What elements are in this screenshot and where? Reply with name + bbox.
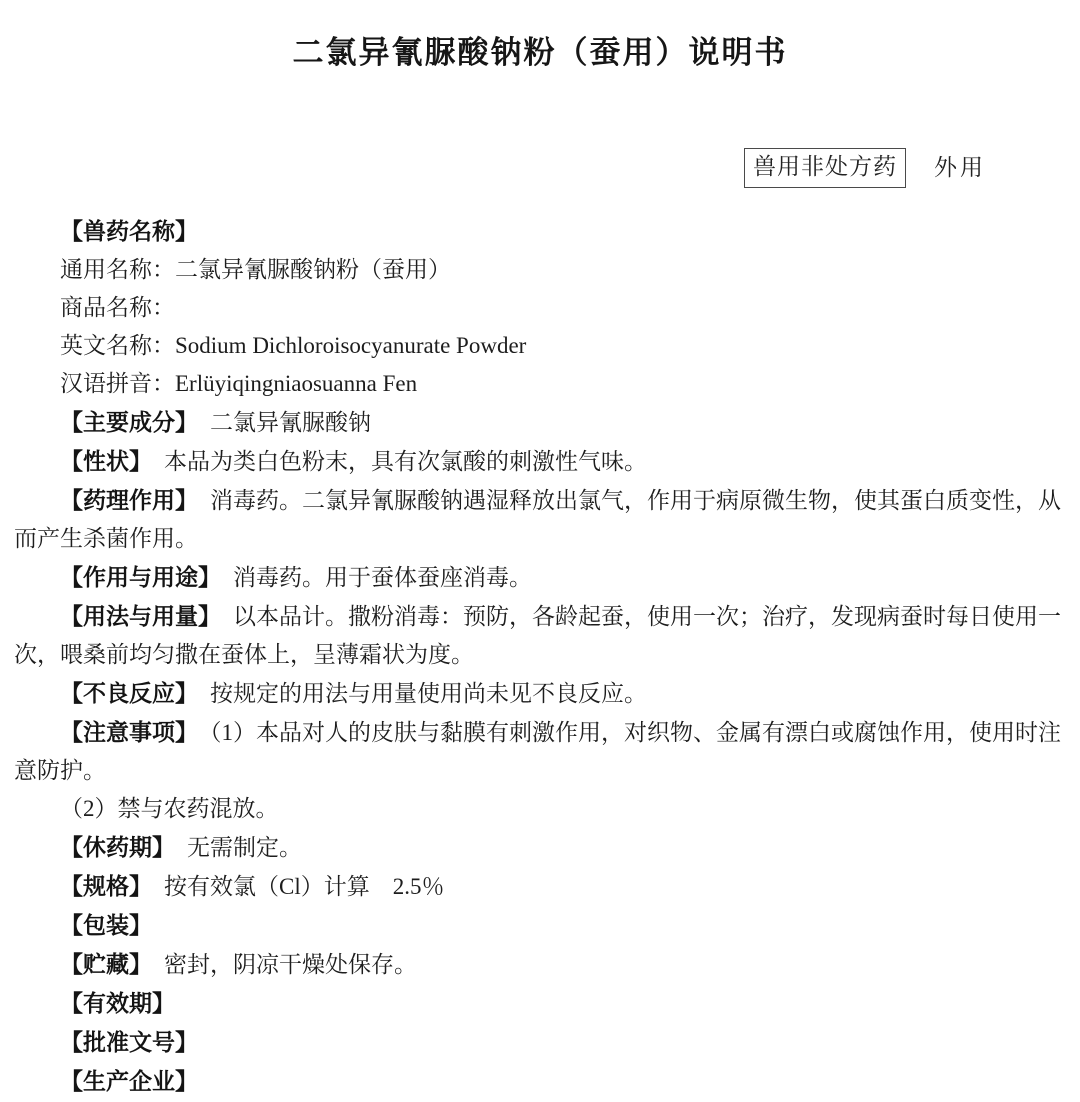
section-text: 无需制定。 bbox=[187, 835, 302, 860]
section-text: 消毒药。用于蚕体蚕座消毒。 bbox=[233, 565, 532, 590]
section-text: 通用名称：二氯异氰脲酸钠粉（蚕用） bbox=[60, 257, 451, 282]
section-text: （2）禁与农药混放。 bbox=[60, 796, 279, 821]
section-heading: 【包装】 bbox=[60, 912, 152, 938]
section-paragraph: 【药理作用】消毒药。二氯异氰脲酸钠遇湿释放出氯气，作用于病原微生物，使其蛋白质变… bbox=[14, 481, 1066, 558]
section-heading: 【用法与用量】 bbox=[60, 603, 221, 629]
section-heading: 【生产企业】 bbox=[60, 1068, 198, 1094]
section-paragraph: 【性状】本品为类白色粉末，具有次氯酸的刺激性气味。 bbox=[14, 442, 1066, 481]
section-paragraph: 【生产企业】 bbox=[14, 1062, 1066, 1101]
section-heading: 【药理作用】 bbox=[60, 487, 198, 513]
section-heading: 【性状】 bbox=[60, 448, 152, 474]
section-text: 商品名称： bbox=[60, 295, 175, 320]
section-paragraph: 英文名称：Sodium Dichloroisocyanurate Powder bbox=[14, 327, 1066, 365]
section-heading: 【不良反应】 bbox=[60, 680, 198, 706]
section-text: 汉语拼音：Erlüyiqingniaosuanna Fen bbox=[60, 371, 417, 396]
section-paragraph: 【有效期】 bbox=[14, 984, 1066, 1023]
section-text: 本品为类白色粉末，具有次氯酸的刺激性气味。 bbox=[164, 449, 647, 474]
section-text: 二氯异氰脲酸钠 bbox=[210, 410, 371, 435]
section-text: 按有效氯（Cl）计算 2.5％ bbox=[164, 874, 444, 899]
usage-route-label: 外用 bbox=[934, 153, 986, 183]
section-heading: 【作用与用途】 bbox=[60, 564, 221, 590]
section-heading: 【注意事项】 bbox=[60, 719, 198, 745]
section-paragraph: 【包装】 bbox=[14, 906, 1066, 945]
section-heading: 【贮藏】 bbox=[60, 951, 152, 977]
document-body: 【兽药名称】 通用名称：二氯异氰脲酸钠粉（蚕用） 商品名称： 英文名称：Sodi… bbox=[0, 212, 1080, 1101]
section-text: 英文名称：Sodium Dichloroisocyanurate Powder bbox=[60, 333, 526, 358]
section-heading: 【休药期】 bbox=[60, 834, 175, 860]
classification-row: 兽用非处方药 外用 bbox=[0, 148, 1080, 188]
section-paragraph: 【批准文号】 bbox=[14, 1023, 1066, 1062]
section-heading: 【主要成分】 bbox=[60, 409, 198, 435]
section-heading: 【批准文号】 bbox=[60, 1029, 198, 1055]
section-paragraph: 【作用与用途】消毒药。用于蚕体蚕座消毒。 bbox=[14, 558, 1066, 597]
section-text: 按规定的用法与用量使用尚未见不良反应。 bbox=[210, 681, 647, 706]
section-paragraph: 【注意事项】（1）本品对人的皮肤与黏膜有刺激作用，对织物、金属有漂白或腐蚀作用，… bbox=[14, 713, 1066, 790]
section-paragraph: 通用名称：二氯异氰脲酸钠粉（蚕用） bbox=[14, 251, 1066, 289]
section-paragraph: 【规格】按有效氯（Cl）计算 2.5％ bbox=[14, 867, 1066, 906]
section-paragraph: 【用法与用量】以本品计。撒粉消毒：预防，各龄起蚕，使用一次；治疗，发现病蚕时每日… bbox=[14, 597, 1066, 674]
instruction-leaflet-page: 二氯异氰脲酸钠粉（蚕用）说明书 兽用非处方药 外用 【兽药名称】 通用名称：二氯… bbox=[0, 0, 1080, 1102]
section-paragraph: 汉语拼音：Erlüyiqingniaosuanna Fen bbox=[14, 365, 1066, 403]
section-paragraph: （2）禁与农药混放。 bbox=[14, 790, 1066, 828]
section-paragraph: 【主要成分】二氯异氰脲酸钠 bbox=[14, 403, 1066, 442]
section-heading: 【规格】 bbox=[60, 873, 152, 899]
section-text: 密封，阴凉干燥处保存。 bbox=[164, 952, 417, 977]
section-heading: 【兽药名称】 bbox=[60, 218, 198, 244]
otc-classification-badge: 兽用非处方药 bbox=[744, 148, 906, 188]
section-paragraph: 【兽药名称】 bbox=[14, 212, 1066, 251]
section-heading: 【有效期】 bbox=[60, 990, 175, 1016]
section-paragraph: 【贮藏】密封，阴凉干燥处保存。 bbox=[14, 945, 1066, 984]
section-paragraph: 【休药期】无需制定。 bbox=[14, 828, 1066, 867]
page-title: 二氯异氰脲酸钠粉（蚕用）说明书 bbox=[0, 0, 1080, 76]
section-paragraph: 商品名称： bbox=[14, 289, 1066, 327]
section-paragraph: 【不良反应】按规定的用法与用量使用尚未见不良反应。 bbox=[14, 674, 1066, 713]
